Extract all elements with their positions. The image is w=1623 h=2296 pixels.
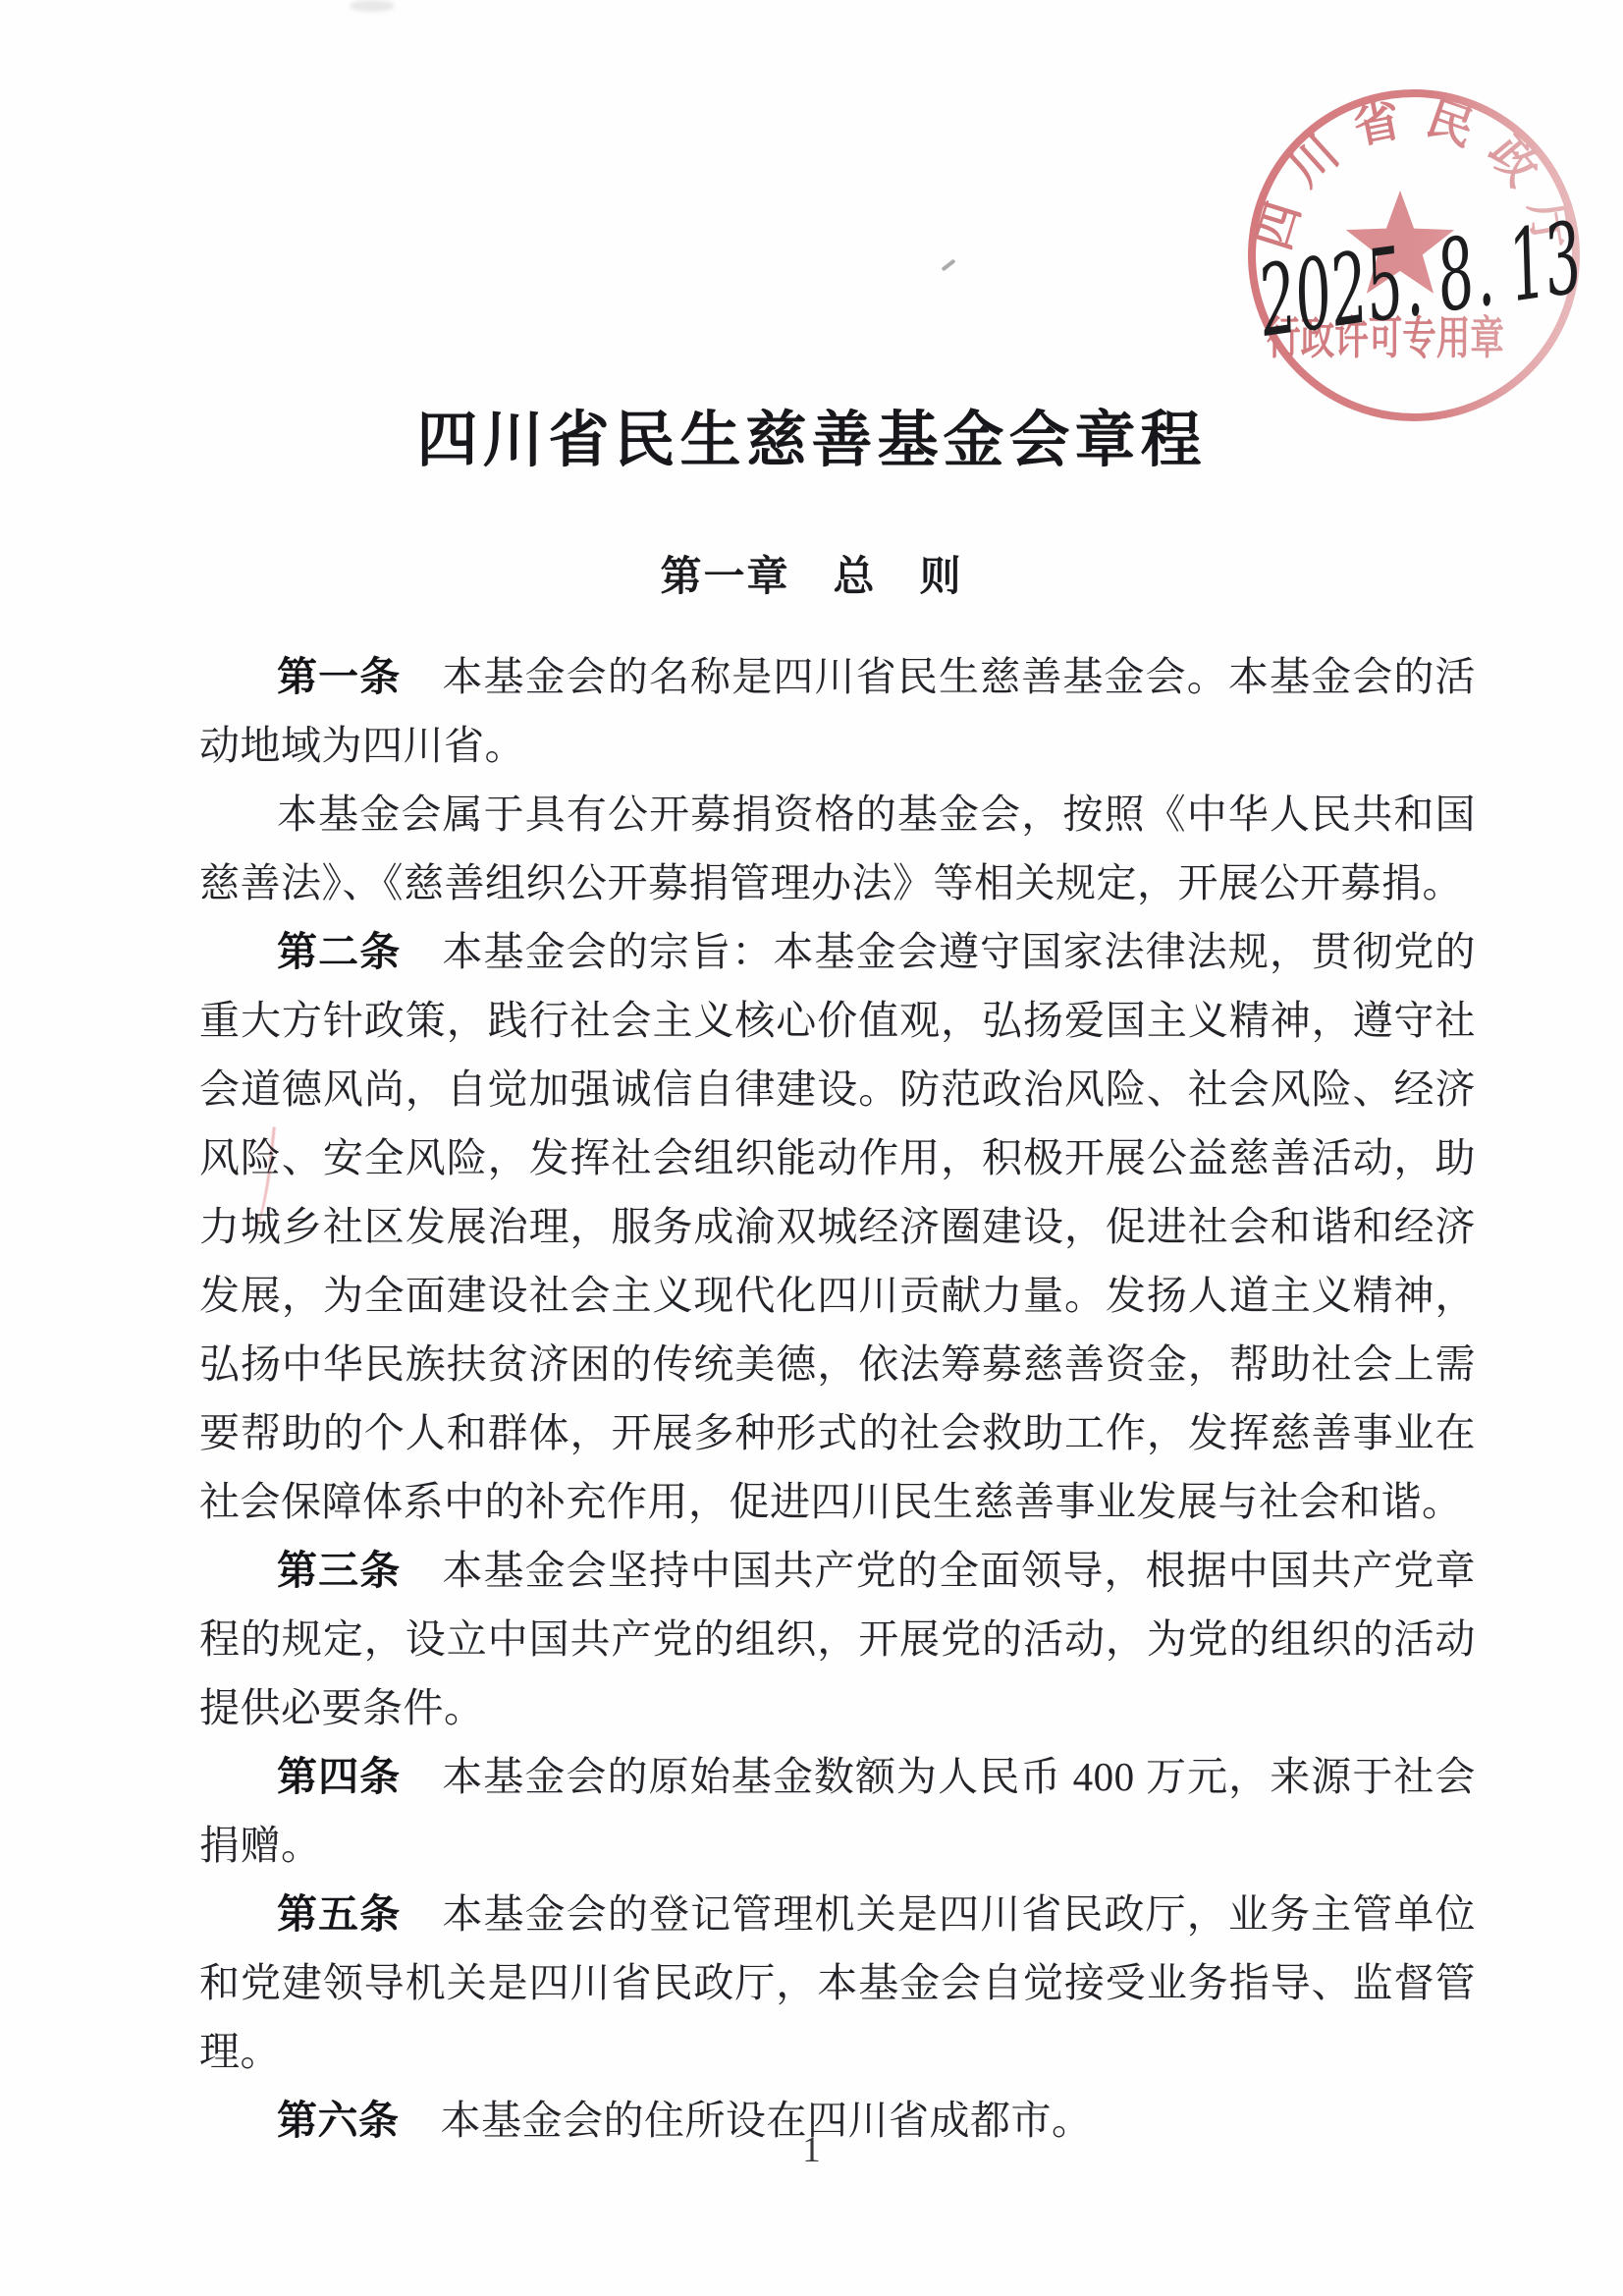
seal-arc-textpath: 四川省民政厅	[1249, 91, 1581, 272]
paragraph-article-5: 第五条本基金会的登记管理机关是四川省民政厅，业务主管单位和党建领导机关是四川省民…	[199, 1880, 1476, 2086]
paragraph-article-3: 第三条本基金会坚持中国共产党的全面领导，根据中国共产党章程的规定，设立中国共产党…	[199, 1536, 1476, 1742]
article-label: 第一条	[277, 654, 401, 699]
document-body: 第一条本基金会的名称是四川省民生慈善基金会。本基金会的活动地域为四川省。 本基金…	[199, 642, 1476, 2155]
paragraph-article-1: 第一条本基金会的名称是四川省民生慈善基金会。本基金会的活动地域为四川省。	[199, 642, 1476, 780]
seal-ring	[1252, 93, 1576, 417]
scan-smudge	[350, 0, 395, 12]
chapter-heading: 第一章 总 则	[0, 544, 1623, 603]
article-label: 第四条	[277, 1754, 401, 1799]
document-page: 四川省民政厅 行政许可专用章 2025. 8. 13 四川省民生慈善基金会章程 …	[0, 0, 1623, 2296]
document-title: 四川省民生慈善基金会章程	[0, 391, 1623, 478]
page-number: 1	[0, 2129, 1623, 2171]
paragraph-article-1-cont: 本基金会属于具有公开募捐资格的基金会，按照《中华人民共和国慈善法》、《慈善组织公…	[199, 780, 1476, 917]
seal-bottom-text: 行政许可专用章	[1267, 313, 1504, 363]
seal-arc-text: 四川省民政厅	[1249, 91, 1581, 272]
article-label: 第二条	[277, 929, 401, 974]
paragraph-article-4: 第四条本基金会的原始基金数额为人民币 400 万元，来源于社会捐赠。	[199, 1742, 1476, 1880]
paragraph-article-2: 第二条本基金会的宗旨：本基金会遵守国家法律法规，贯彻党的重大方针政策，践行社会主…	[199, 917, 1476, 1536]
article-text: 本基金会的宗旨：本基金会遵守国家法律法规，贯彻党的重大方针政策，践行社会主义核心…	[199, 929, 1476, 1524]
handwritten-date: 2025. 8. 13	[1251, 200, 1589, 359]
article-label: 第三条	[277, 1548, 401, 1593]
scan-dash-mark	[941, 258, 955, 271]
article-label: 第五条	[277, 1891, 401, 1937]
article-text: 本基金会属于具有公开募捐资格的基金会，按照《中华人民共和国慈善法》、《慈善组织公…	[199, 792, 1476, 905]
seal-star-icon	[1346, 191, 1454, 294]
